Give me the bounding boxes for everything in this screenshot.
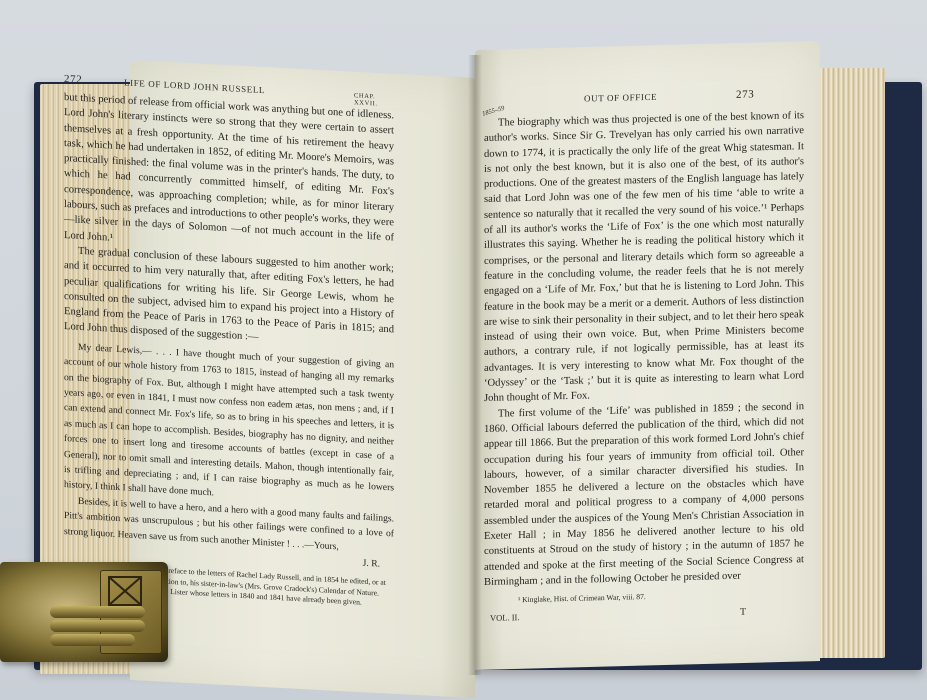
running-title: OUT OF OFFICE bbox=[584, 92, 657, 104]
volume-mark: VOL. II. bbox=[490, 612, 520, 623]
paragraph: but this period of release from official… bbox=[64, 90, 394, 261]
finger bbox=[50, 634, 135, 646]
right-page-content: OUT OF OFFICE 273 1855–59 The biography … bbox=[484, 86, 804, 628]
paragraph: The gradual conclusion of these labours … bbox=[64, 243, 394, 353]
letter-paragraph: My dear Lewis,— . . . I have thought muc… bbox=[64, 339, 394, 512]
paragraph: The biography which was thus projected i… bbox=[484, 108, 804, 406]
footnote-text: ¹ Kinglake, Hist. of Crimean War, viii. … bbox=[504, 588, 804, 606]
signature-mark: T bbox=[740, 606, 746, 617]
crosshatch-icon bbox=[101, 571, 161, 611]
quoted-letter: My dear Lewis,— . . . I have thought muc… bbox=[64, 339, 394, 573]
finger bbox=[50, 620, 145, 632]
right-footnote: ¹ Kinglake, Hist. of Crimean War, viii. … bbox=[484, 588, 804, 606]
right-page-edges bbox=[815, 68, 885, 658]
page-number: 272 bbox=[64, 73, 82, 86]
paragraph: The first volume of the ‘Life’ was publi… bbox=[484, 399, 804, 590]
right-body-text: The biography which was thus projected i… bbox=[484, 108, 804, 590]
book-gutter bbox=[468, 55, 482, 675]
brass-hand-clip bbox=[0, 562, 168, 662]
finger bbox=[50, 606, 145, 618]
chapter-marker: CHAP. XXVII. bbox=[354, 92, 394, 108]
page-number: 273 bbox=[736, 88, 754, 100]
left-page-content: 272 LIFE OF LORD JOHN RUSSELL CHAP. XXVI… bbox=[64, 72, 394, 610]
left-body-text: but this period of release from official… bbox=[64, 90, 394, 353]
